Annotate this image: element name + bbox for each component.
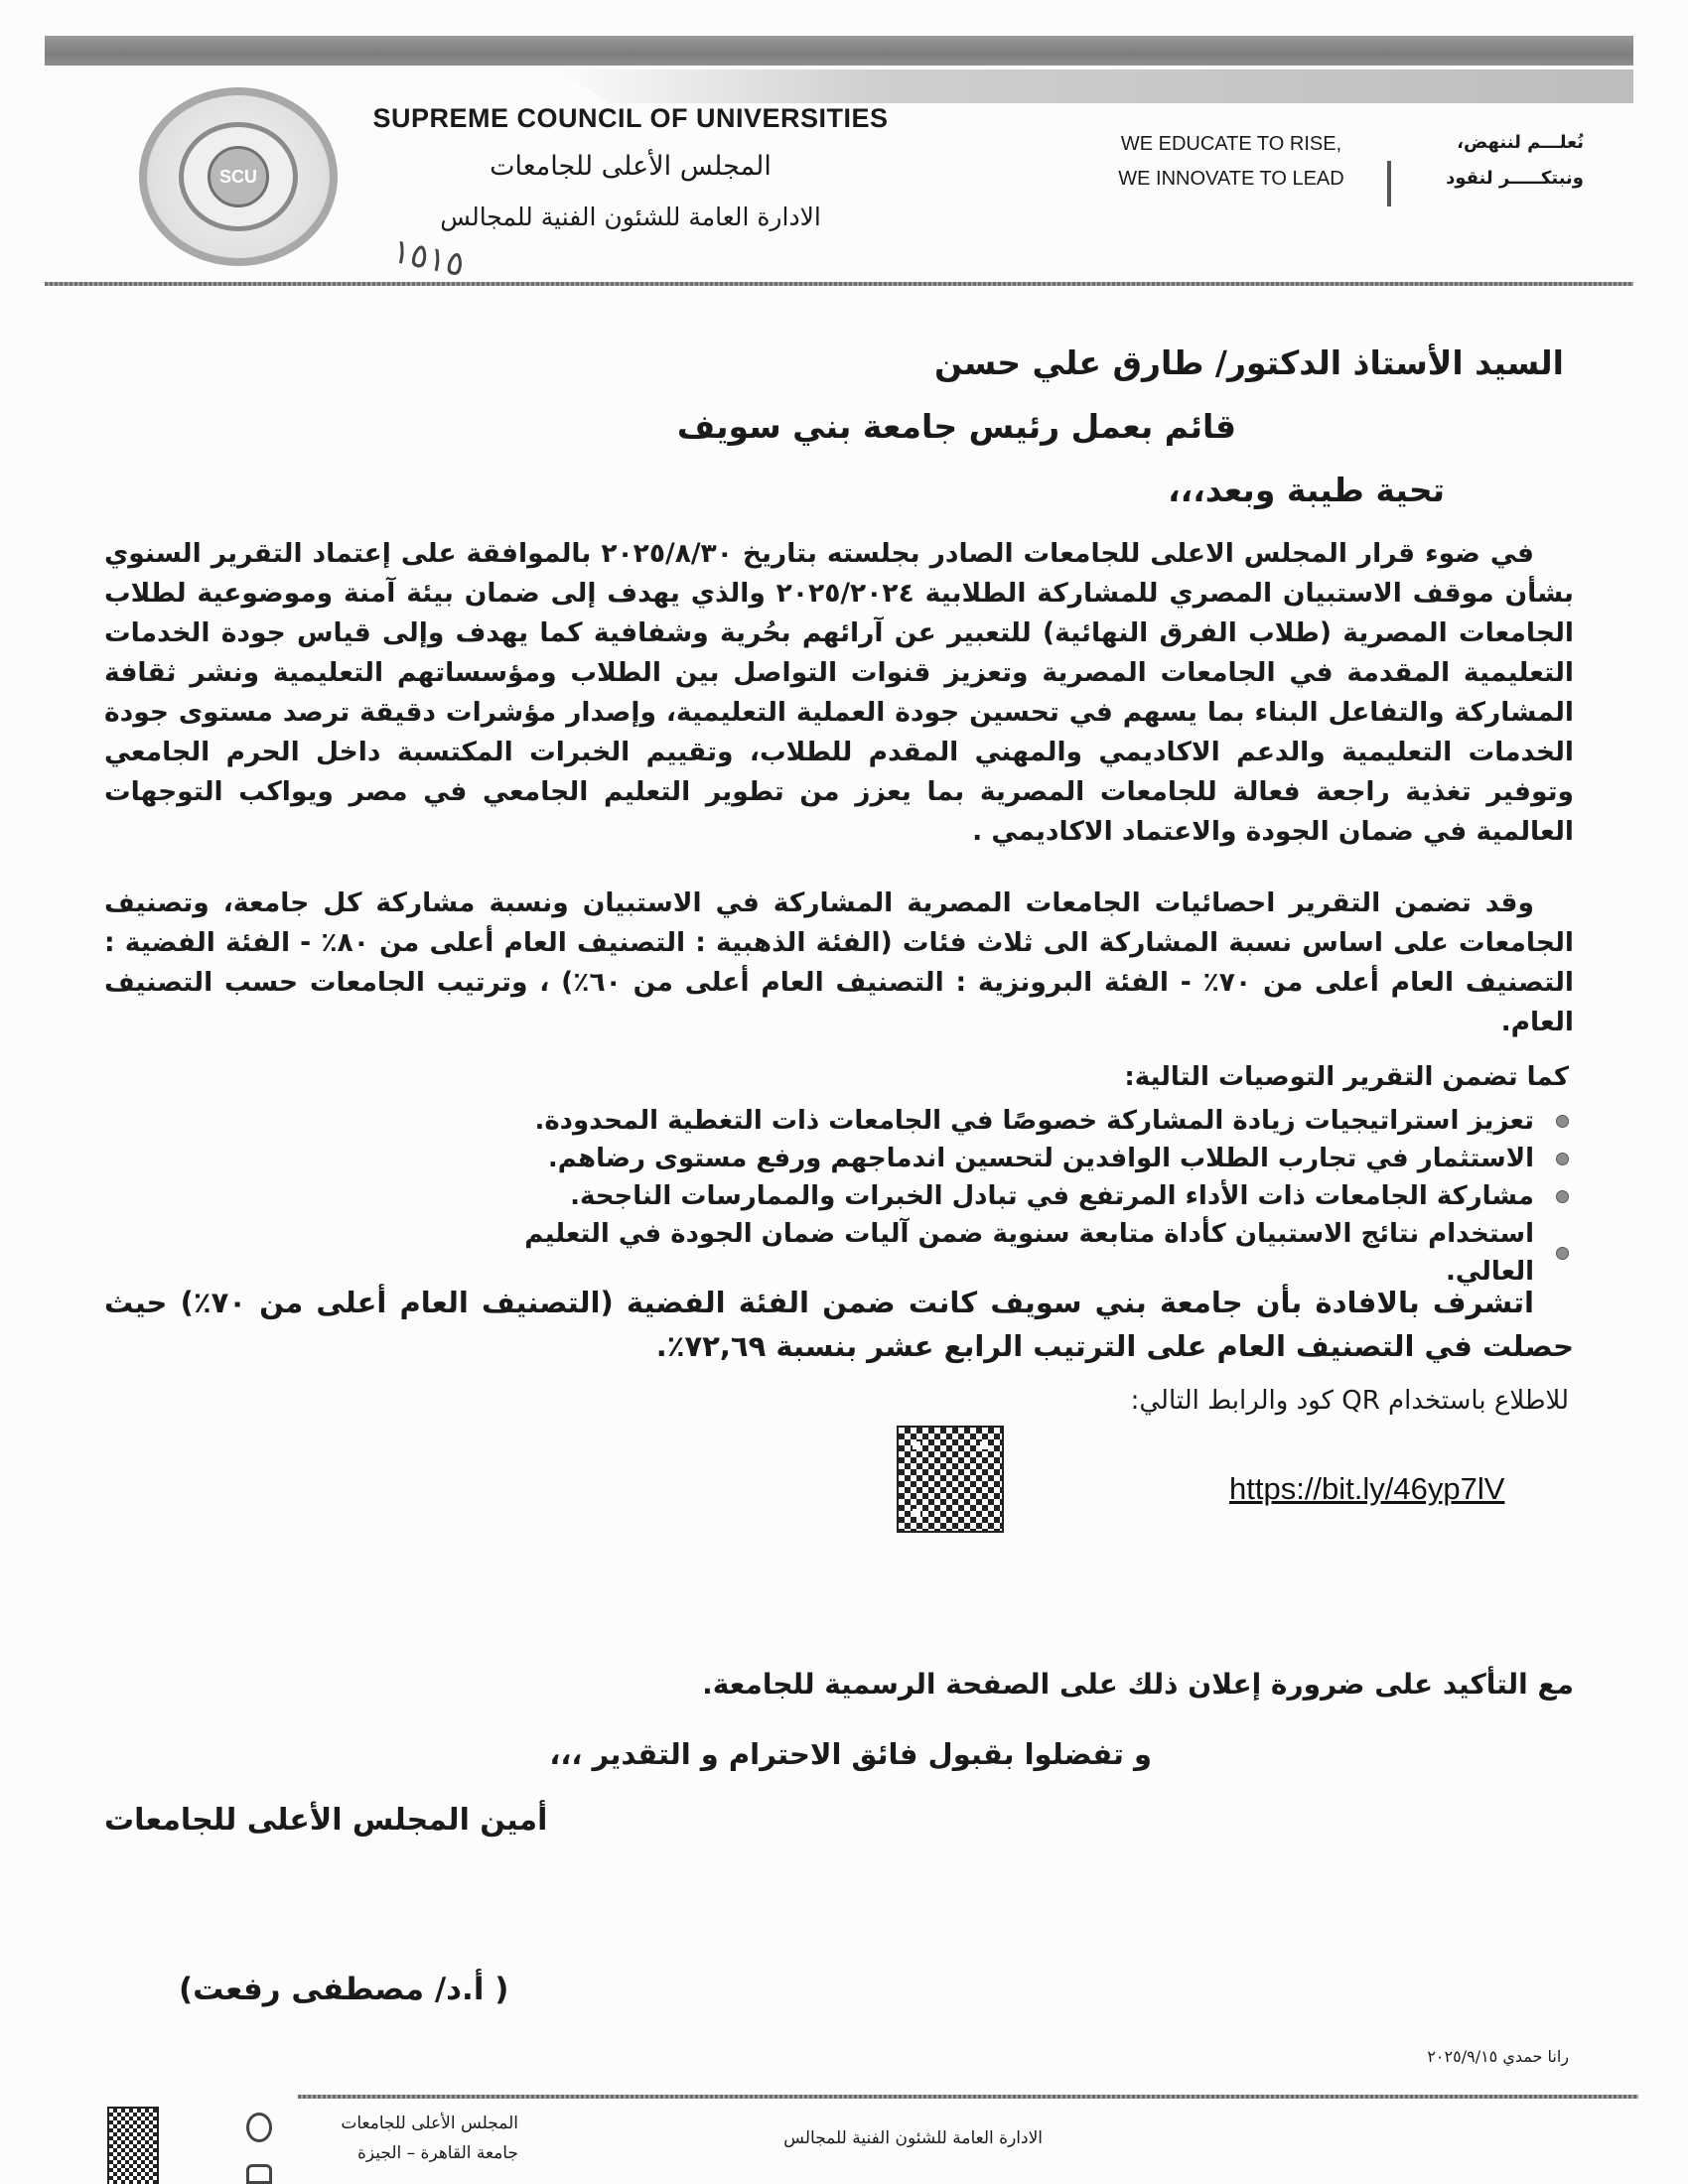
org-name-en: SUPREME COUNCIL OF UNIVERSITIES [372, 103, 889, 134]
header-top-band [45, 36, 1633, 66]
report-link[interactable]: https://bit.ly/46yp7lV [1229, 1471, 1504, 1507]
bullet-icon [1556, 1115, 1569, 1128]
recommendations-list: تعزيز استراتيجيات زيادة المشاركة خصوصًا … [477, 1102, 1569, 1291]
tagline-divider [1387, 161, 1391, 206]
footer-qr-code-icon[interactable] [107, 2107, 159, 2184]
signer-name: ( أ.د/ مصطفى رفعت) [179, 1972, 508, 2007]
closing-request: مع التأكيد على ضرورة إعلان ذلك على الصفح… [702, 1668, 1574, 1701]
body-paragraph-1: في ضوء قرار المجلس الاعلى للجامعات الصاد… [104, 534, 1574, 852]
header-divider [45, 282, 1633, 286]
tagline-ar: نُعلـــم لننهض، ونبتكـــــر لنقود [1405, 125, 1584, 197]
addressee-name: السيد الأستاذ الدكتور/ طارق علي حسن [934, 343, 1564, 382]
link-label: للاطلاع باستخدام QR كود والرابط التالي: [1131, 1386, 1569, 1416]
recommendation-text: الاستثمار في تجارب الطلاب الوافدين لتحسي… [548, 1140, 1534, 1177]
footer-divider [298, 2095, 1638, 2099]
typist-note: رانا حمدي ٢٠٢٥/٩/١٥ [1427, 2047, 1569, 2066]
handwritten-reference: ١٥١٥ [389, 231, 469, 285]
bullet-icon [1556, 1247, 1569, 1260]
footer-department: الادارة العامة للشئون الفنية للمجالس [695, 2128, 1043, 2148]
ranking-statement: اتشرف بالافادة بأن جامعة بني سويف كانت ض… [104, 1281, 1574, 1368]
org-name-ar: المجلس الأعلى للجامعات [372, 151, 889, 182]
tagline-ar-line2: ونبتكـــــر لنقود [1405, 161, 1584, 197]
department-name: الادارة العامة للشئون الفنية للمجالس [372, 203, 889, 231]
footer-address: المجلس الأعلى للجامعات جامعة القاهرة – ا… [290, 2109, 518, 2168]
tagline-en: WE EDUCATE TO RISE, WE INNOVATE TO LEAD [1102, 127, 1360, 197]
list-item: مشاركة الجامعات ذات الأداء المرتفع في تب… [477, 1177, 1569, 1215]
list-item: تعزيز استراتيجيات زيادة المشاركة خصوصًا … [477, 1102, 1569, 1140]
tagline-en-line2: WE INNOVATE TO LEAD [1102, 162, 1360, 197]
recommendation-text: مشاركة الجامعات ذات الأداء المرتفع في تب… [570, 1177, 1534, 1215]
recommendation-text: استخدام نتائج الاستبيان كأداة متابعة سنو… [477, 1215, 1534, 1291]
recommendations-heading: كما تضمن التقرير التوصيات التالية: [1124, 1062, 1569, 1092]
bullet-icon [1556, 1190, 1569, 1203]
greeting: تحية طيبة وبعد،،، [1168, 471, 1445, 509]
body-paragraph-2: وقد تضمن التقرير احصائيات الجامعات المصر… [104, 884, 1574, 1042]
recommendation-text: تعزيز استراتيجيات زيادة المشاركة خصوصًا … [534, 1102, 1534, 1140]
header-accent-band [556, 69, 1633, 103]
building-icon [246, 2164, 272, 2184]
tagline-en-line1: WE EDUCATE TO RISE, [1102, 127, 1360, 162]
footer-location: جامعة القاهرة – الجيزة [290, 2138, 518, 2168]
closing-regards: و تفضلوا بقبول فائق الاحترام و التقدير ،… [549, 1737, 1152, 1771]
tagline-ar-line1: نُعلـــم لننهض، [1405, 125, 1584, 161]
list-item: استخدام نتائج الاستبيان كأداة متابعة سنو… [477, 1215, 1569, 1291]
footer-org-name: المجلس الأعلى للجامعات [290, 2109, 518, 2138]
logo-inner-ring: SCU [179, 122, 298, 231]
signer-title: أمين المجلس الأعلى للجامعات [104, 1803, 547, 1838]
list-item: الاستثمار في تجارب الطلاب الوافدين لتحسي… [477, 1140, 1569, 1177]
bullet-icon [1556, 1153, 1569, 1165]
location-pin-icon [246, 2113, 272, 2142]
logo-core: SCU [208, 146, 269, 207]
qr-code-icon[interactable] [897, 1426, 1004, 1533]
scu-logo: SCU [139, 87, 338, 266]
addressee-title: قائم بعمل رئيس جامعة بني سويف [677, 407, 1236, 446]
